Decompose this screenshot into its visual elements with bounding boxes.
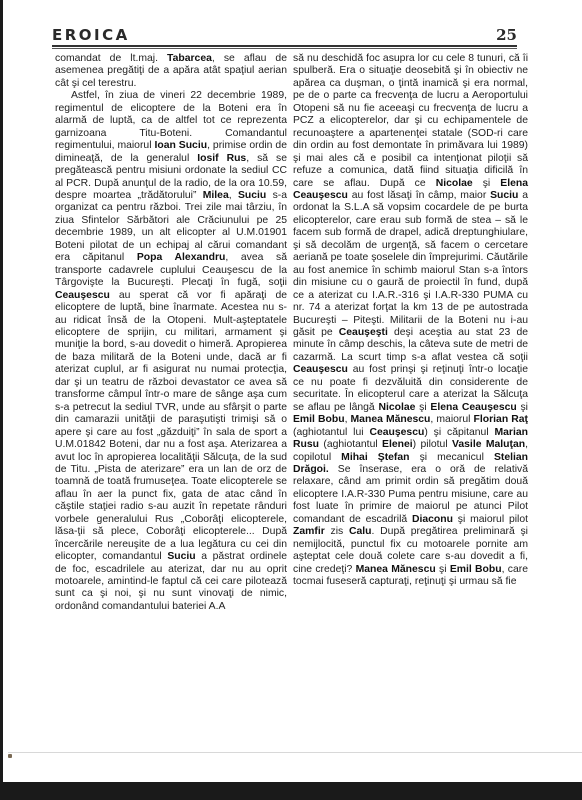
bold-name: Manea Mănescu (356, 564, 436, 575)
text-run: au fost lăsaţi în câmp, maior (348, 190, 490, 201)
right-column: să nu deschidă foc asupra lor cu cele 8 … (293, 53, 528, 588)
paragraph: Astfel, în ziua de vineri 22 decembrie 1… (55, 90, 287, 613)
text-run: , maiorul (430, 414, 473, 425)
bold-name: Elenei (382, 439, 413, 450)
left-column: comandat de lt.maj. Tabarcea, se aflau d… (55, 53, 287, 613)
bold-name: Florian Raţ (474, 414, 528, 425)
text-run: (aghiotantul (319, 439, 382, 450)
text-run: şi mecanicul (410, 452, 494, 463)
bold-name: Emil Bobu (450, 564, 502, 575)
bold-name: Mihai Ştefan (341, 452, 409, 463)
bold-name: Elena Ceauşescu (430, 402, 516, 413)
scan-edge-line (8, 752, 582, 753)
text-run: , (229, 190, 238, 201)
text-run: (aghiotantul lui (293, 427, 369, 438)
page-number: 25 (496, 26, 517, 44)
magazine-title: EROICA (52, 26, 130, 44)
bold-name: Ceauşescu (293, 364, 348, 375)
header-rule-thick (52, 45, 517, 47)
bold-name: Nicolae (436, 178, 473, 189)
bold-name: Zamfir (293, 526, 325, 537)
bold-name: Ioan Suciu (154, 140, 207, 151)
bold-name: Ceauşescu (369, 427, 424, 438)
bold-name: Iosif Rus (197, 153, 246, 164)
bold-name: Tabarcea (167, 53, 212, 64)
header-rule-thin (52, 48, 517, 49)
bold-name: Nicolae (378, 402, 415, 413)
magazine-page: EROICA 25 comandat de lt.maj. Tabarcea, … (3, 0, 582, 782)
bold-name: Ceauşeşti (339, 327, 388, 338)
text-run: ) pilotul (413, 439, 452, 450)
bold-name: Vasile Maluţan (452, 439, 525, 450)
paragraph: să nu deschidă foc asupra lor cu cele 8 … (293, 53, 528, 588)
bold-name: Ceauşescu (55, 290, 110, 301)
paragraph: comandat de lt.maj. Tabarcea, se aflau d… (55, 53, 287, 90)
text-run: zis (325, 526, 349, 537)
text-run: şi maiorul pilot (453, 514, 528, 525)
text-run: şi (473, 178, 501, 189)
text-run: comandat de lt.maj. (55, 53, 167, 64)
text-run: a ordonat la S.L.A să vopsim cocardele d… (293, 190, 528, 338)
bold-name: Suciu (167, 551, 195, 562)
bold-name: Popa Alexandru (137, 252, 225, 263)
bold-name: Milea (203, 190, 229, 201)
text-run: ) şi căpitanul (424, 427, 494, 438)
text-run: şi (415, 402, 430, 413)
text-run: şi (436, 564, 450, 575)
bold-name: Suciu (238, 190, 266, 201)
scan-speck (8, 754, 12, 758)
bold-name: Suciu (490, 190, 518, 201)
bold-name: Emil Bobu (293, 414, 345, 425)
bold-name: Diaconu (412, 514, 453, 525)
text-run: au sperat că vor fi apăraţi de elicopter… (55, 290, 287, 563)
bold-name: Calu (349, 526, 372, 537)
text-run: şi (517, 402, 528, 413)
bold-name: Manea Mănescu (351, 414, 431, 425)
text-run: să nu deschidă foc asupra lor cu cele 8 … (293, 53, 528, 189)
